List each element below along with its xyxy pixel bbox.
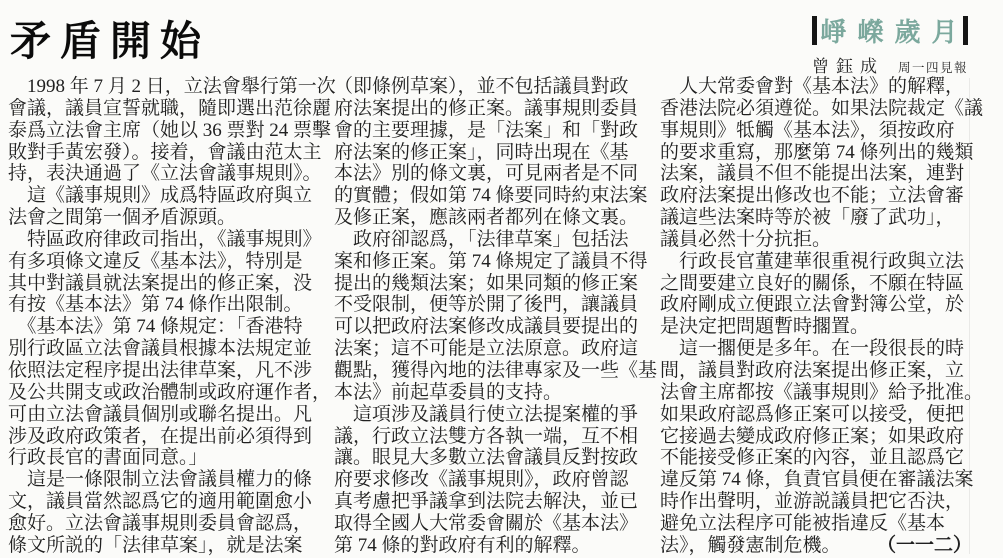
text-line: 這《議事規則》成爲特區政府與立: [8, 185, 320, 207]
text-line: 這一擱便是多年。在一段很長的時: [660, 338, 972, 360]
scan-edge-line: [969, 78, 970, 554]
text-line: 的要求重寫，那麼第 74 條列出的幾類: [660, 142, 972, 164]
text-line: 時作出聲明，並游説議員把它否決，: [660, 491, 972, 513]
text-line: 敗對手黃宏發）。接着，會議由范太主: [8, 142, 320, 164]
article-title: 矛盾開始: [10, 8, 210, 67]
text-line: 法案，議員不但不能提出法案，連對: [660, 163, 972, 185]
text-line: 議員必然十分抗拒。: [660, 229, 972, 251]
text-column-2: （即條例草案），並不包括議員對政府法案提出的修正案。議事規則委員會的主要理據，是…: [334, 76, 646, 557]
text-line: 這是一條限制立法會議員權力的條: [8, 469, 320, 491]
text-line: 有多項條文違反《基本法》，特別是: [8, 251, 320, 273]
publication-schedule: 周一四見報: [898, 58, 968, 76]
text-line: 文，議員當然認爲它的適用範圍愈小: [8, 491, 320, 513]
text-line: 不能接受修正案的內容，並且認爲它: [660, 447, 972, 469]
text-line: 間，議員對政府法案提出修正案，立: [660, 360, 972, 382]
author-name: 曾鈺成: [812, 52, 884, 77]
text-line: 其中對議員就法案提出的修正案，没: [8, 273, 320, 295]
text-line: 涉及政府政策者，在提出前必須得到: [8, 426, 320, 448]
text-line: 法會之間第一個矛盾源頭。: [8, 207, 320, 229]
text-line: 觀點，獲得內地的法律專家及一些《基: [334, 360, 646, 382]
text-line: 別行政區立法會議員根據本法規定並: [8, 338, 320, 360]
text-line: 政府卻認爲，「法律草案」包括法: [334, 229, 646, 251]
text-line: 《基本法》第 74 條規定：「香港特: [8, 316, 320, 338]
text-line: 案和修正案。第 74 條規定了議員不得: [334, 251, 646, 273]
column-masthead: 崢嶸歲月 曾鈺成 周一四見報: [812, 12, 968, 77]
text-line: 真考慮把爭議拿到法院去解決，並已: [334, 491, 646, 513]
text-line: 的實體；假如第 74 條要同時約束法案: [334, 185, 646, 207]
text-line: 會議，議員宣誓就職，隨即選出范徐麗: [8, 98, 320, 120]
text-line: 愈好。立法會議事規則委員會認爲，: [8, 513, 320, 535]
text-line: 它接過去變成政府修正案；如果政府: [660, 426, 972, 448]
text-line: 依照法定程序提出法律草案，凡不涉: [8, 360, 320, 382]
text-line: 府法案的修正案」，同時出現在《基: [334, 142, 646, 164]
text-line: 政府剛成立便跟立法會對簿公堂，於: [660, 294, 972, 316]
newspaper-page: 矛盾開始 崢嶸歲月 曾鈺成 周一四見報 1998 年 7 月 2 日，立法會舉行…: [0, 0, 1003, 558]
text-line: 府要求修改《議事規則》，政府曾認: [334, 469, 646, 491]
text-line: 有按《基本法》第 74 條作出限制。: [8, 294, 320, 316]
text-line: 不受限制，便等於開了後門，讓議員: [334, 294, 646, 316]
text-line: 事規則》牴觸《基本法》，須按政府: [660, 120, 972, 142]
text-line: 特區政府律政司指出，《議事規則》: [8, 229, 320, 251]
text-column-1: 1998 年 7 月 2 日，立法會舉行第一次會議，議員宣誓就職，隨即選出范徐麗…: [8, 76, 320, 557]
article-body: 1998 年 7 月 2 日，立法會舉行第一次會議，議員宣誓就職，隨即選出范徐麗…: [8, 76, 972, 557]
text-line: 可以把政府法案修改成議員要提出的: [334, 316, 646, 338]
text-line: 避免立法程序可能被指違反《基本: [660, 513, 972, 535]
column-name-row: 崢嶸歲月: [812, 12, 968, 49]
text-line: 取得全國人大常委會關於《基本法》: [334, 513, 646, 535]
text-line: 政府法案提出修改也不能；立法會審: [660, 185, 972, 207]
text-line: 1998 年 7 月 2 日，立法會舉行第一次: [8, 76, 320, 98]
text-line: 持，表決通過了《立法會議事規則》。: [8, 163, 320, 185]
text-line: 會的主要理據，是「法案」和「對政: [334, 120, 646, 142]
column-name: 崢嶸歲月: [817, 12, 972, 49]
text-column-3: 人大常委會對《基本法》的解釋，香港法院必須遵從。如果法院裁定《議事規則》牴觸《基…: [660, 76, 972, 557]
text-line: 人大常委會對《基本法》的解釋，: [660, 76, 972, 98]
text-line: 議，行政立法雙方各執一端，互不相: [334, 426, 646, 448]
text-line: 本法》別的條文裏，可見兩者是不同: [334, 163, 646, 185]
text-line: 這項涉及議員行使立法提案權的爭: [334, 404, 646, 426]
text-line: 府法案提出的修正案。議事規則委員: [334, 98, 646, 120]
text-line: 法會主席都按《議事規則》給予批准。: [660, 382, 972, 404]
text-line: 香港法院必須遵從。如果法院裁定《議: [660, 98, 972, 120]
text-line: 如果政府認爲修正案可以接受，便把: [660, 404, 972, 426]
text-line: 法案；這不可能是立法原意。政府這: [334, 338, 646, 360]
text-line: 行政長官的書面同意。」: [8, 447, 320, 469]
text-line: 及修正案，應該兩者都列在條文裏。: [334, 207, 646, 229]
series-number: （一一二）: [877, 535, 972, 557]
text-line: 可由立法會議員個別或聯名提出。凡: [8, 404, 320, 426]
text-line: 第 74 條的對政府有利的解釋。: [334, 535, 646, 557]
text-line: 及公共開支或政治體制或政府運作者，: [8, 382, 320, 404]
text-line: （即條例草案），並不包括議員對政: [334, 76, 646, 98]
text-line: 泰爲立法會主席（她以 36 票對 24 票擊: [8, 120, 320, 142]
closing-line: 法》，觸發憲制危機。 （一一二）: [660, 535, 972, 557]
text-line: 是決定把問題暫時擱置。: [660, 316, 972, 338]
text-line: 違反第 74 條，負責官員便在審議法案: [660, 469, 972, 491]
text-line: 條文所説的「法律草案」，就是法案: [8, 535, 320, 557]
text-line: 讓。眼見大多數立法會議員反對按政: [334, 447, 646, 469]
closing-text: 法》，觸發憲制危機。: [660, 535, 841, 557]
text-line: 議這些法案時等於被「廢了武功」，: [660, 207, 972, 229]
text-line: 提出的幾類法案；如果同類的修正案: [334, 273, 646, 295]
author-row: 曾鈺成 周一四見報: [812, 52, 968, 77]
text-line: 本法》前起草委員的支持。: [334, 382, 646, 404]
text-line: 之間要建立良好的關係，不願在特區: [660, 273, 972, 295]
masthead-right-bar-icon: [963, 16, 968, 45]
text-line: 行政長官董建華很重視行政與立法: [660, 251, 972, 273]
